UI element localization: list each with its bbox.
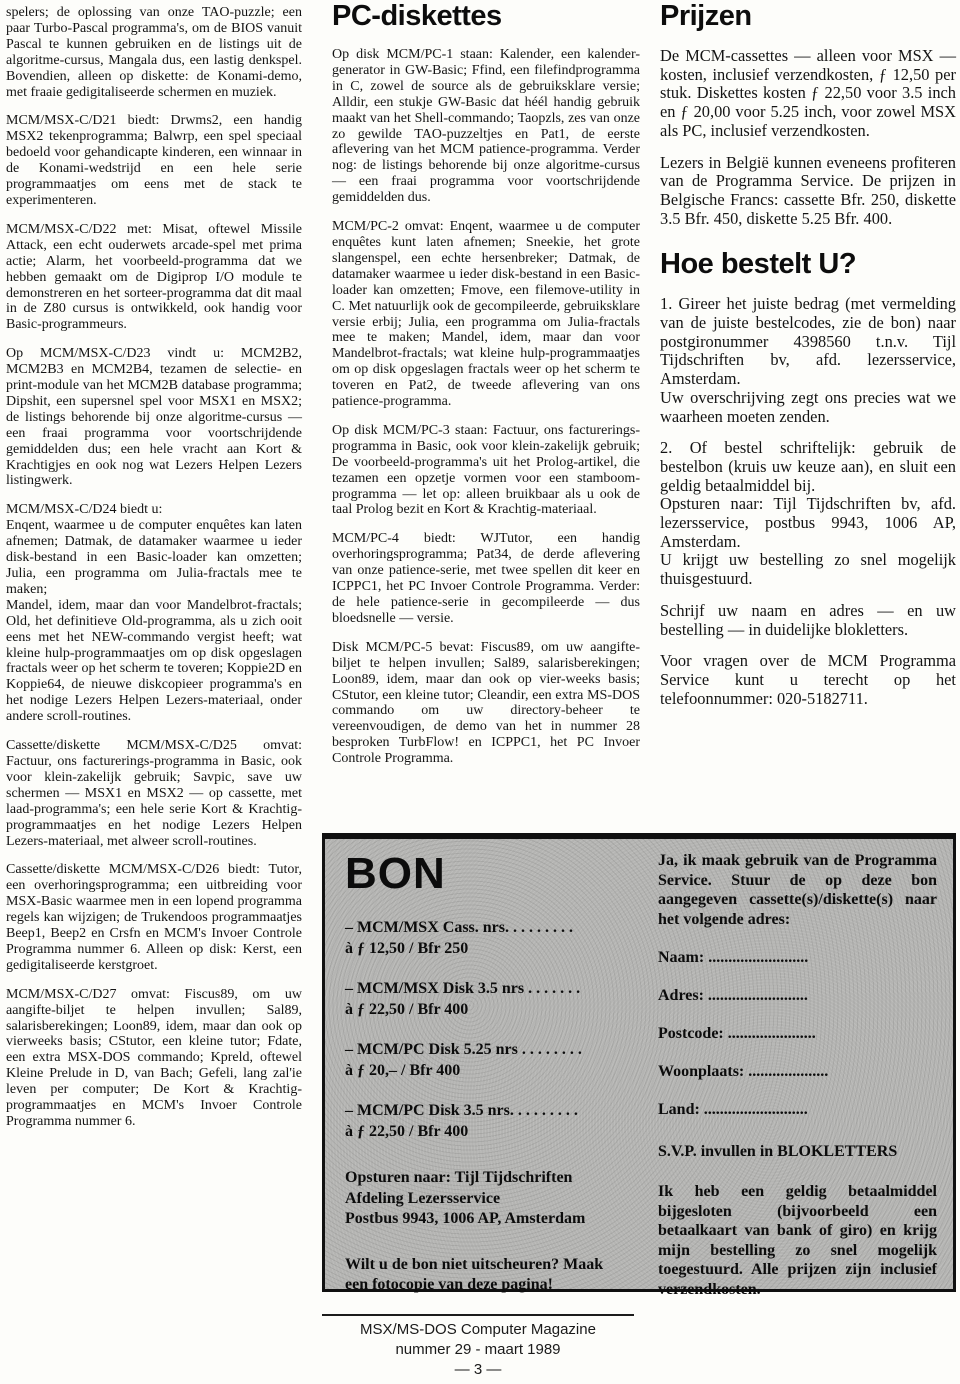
coupon-intro-text: Ja, ik maak gebruik van de Programma Ser… <box>658 851 937 929</box>
coupon-order-item-msx-cassette: – MCM/MSX Cass. nrs. . . . . . . . . à ƒ… <box>345 918 630 958</box>
field-label: Woonplaats: <box>658 1063 744 1080</box>
field-dots: .................... <box>748 1063 828 1080</box>
paragraph: Schrijf uw naam en adres — en uw bestell… <box>660 602 956 639</box>
order-item-price: à ƒ 12,50 / Bfr 250 <box>345 939 630 958</box>
order-item-label: – MCM/MSX Disk 3.5 nrs <box>345 980 524 997</box>
order-item-price: à ƒ 22,50 / Bfr 400 <box>345 1122 630 1141</box>
address-field: Adres: ......................... <box>658 986 937 1005</box>
name-field: Naam: ......................... <box>658 948 937 967</box>
paragraph: MCM/PC-4 biedt: WJTutor, een handig over… <box>332 531 640 626</box>
address-line: Afdeling Lezersservice <box>345 1189 630 1210</box>
issue-line: nummer 29 - maart 1989 <box>322 1340 634 1360</box>
paragraph: 2. Of bestel schriftelijk: gebruik de be… <box>660 439 956 495</box>
block-letters-instruction: S.V.P. invullen in BLOKLETTERS <box>658 1142 937 1161</box>
right-column: Prijzen De MCM-cassettes — alleen voor M… <box>660 0 956 708</box>
magazine-title: MSX/MS-DOS Computer Magazine <box>322 1320 634 1340</box>
paragraph: Op MCM/MSX-C/D23 vindt u: MCM2B2, MCM2B3… <box>6 346 302 489</box>
field-label: Naam: <box>658 949 704 966</box>
field-dots: ......................... <box>708 949 808 966</box>
order-item-dots: . . . . . . . . <box>518 1102 578 1119</box>
coupon-order-section: BON – MCM/MSX Cass. nrs. . . . . . . . .… <box>345 851 630 1279</box>
payment-declaration: Ik heb een geldig betaalmiddel bijgeslot… <box>658 1182 937 1299</box>
paragraph: MCM/MSX-C/D27 omvat: Fiscus89, om uw aan… <box>6 987 302 1130</box>
field-dots: .......................... <box>704 1101 808 1118</box>
field-dots: ...................... <box>728 1025 816 1042</box>
coupon-photocopy-note: Wilt u de bon niet uitscheuren? Maak een… <box>345 1255 630 1296</box>
field-label: Postcode: <box>658 1025 724 1042</box>
paragraph: Op disk MCM/PC-1 staan: Kalender, een ka… <box>332 47 640 206</box>
field-dots: ......................... <box>708 987 808 1004</box>
country-field: Land: .......................... <box>658 1100 937 1119</box>
coupon-address-form: Ja, ik maak gebruik van de Programma Ser… <box>658 851 937 1279</box>
pc-diskettes-heading: PC-diskettes <box>332 0 640 32</box>
field-label: Land: <box>658 1101 700 1118</box>
paragraph: MCM/MSX-C/D21 biedt: Drwms2, een handig … <box>6 113 302 208</box>
paragraph: MCM/MSX-C/D22 met: Misat, oftewel Missil… <box>6 222 302 333</box>
coupon-order-item-pc-disk525: – MCM/PC Disk 5.25 nrs . . . . . . . . à… <box>345 1040 630 1080</box>
paragraph: Opsturen naar: Tijl Tijdschriften bv, af… <box>660 495 956 551</box>
middle-column: PC-diskettes Op disk MCM/PC-1 staan: Kal… <box>332 0 640 767</box>
address-line: Opsturen naar: Tijl Tijdschriften <box>345 1168 630 1189</box>
prijzen-heading: Prijzen <box>660 0 956 32</box>
postcode-field: Postcode: ...................... <box>658 1024 937 1043</box>
order-item-label: – MCM/PC Disk 5.25 nrs <box>345 1041 518 1058</box>
footer-rule <box>322 1314 634 1316</box>
order-coupon: BON – MCM/MSX Cass. nrs. . . . . . . . .… <box>322 833 956 1292</box>
paragraph: spelers; de oplossing van onze TAO-puzzl… <box>6 5 302 100</box>
order-item-label: – MCM/MSX Cass. nrs. <box>345 919 509 936</box>
paragraph: 1. Gireer het juiste bedrag (met vermeld… <box>660 295 956 389</box>
field-label: Adres: <box>658 987 704 1004</box>
left-column: spelers; de oplossing van onze TAO-puzzl… <box>6 5 302 1130</box>
paragraph: Enqent, waarmee u de computer enquêtes k… <box>6 518 302 598</box>
order-item-dots: . . . . . . . . <box>522 1041 582 1058</box>
page-footer: MSX/MS-DOS Computer Magazine nummer 29 -… <box>322 1314 634 1380</box>
paragraph: Mandel, idem, maar dan voor Mandelbrot-f… <box>6 598 302 725</box>
paragraph: Voor vragen over de MCM Programma Servic… <box>660 652 956 708</box>
order-item-label: – MCM/PC Disk 3.5 nrs. <box>345 1102 514 1119</box>
coupon-order-item-msx-disk35: – MCM/MSX Disk 3.5 nrs . . . . . . . à ƒ… <box>345 979 630 1019</box>
paragraph: Disk MCM/PC-5 bevat: Fiscus89, om uw aan… <box>332 640 640 767</box>
city-field: Woonplaats: .................... <box>658 1062 937 1081</box>
address-line: Postbus 9943, 1006 AP, Amsterdam <box>345 1209 630 1230</box>
paragraph: U krijgt uw bestelling zo snel mogelijk … <box>660 551 956 588</box>
order-item-price: à ƒ 20,– / Bfr 400 <box>345 1061 630 1080</box>
paragraph: Op disk MCM/PC-3 staan: Factuur, ons fac… <box>332 423 640 518</box>
paragraph: MCM/PC-2 omvat: Enqent, waarmee u de com… <box>332 219 640 410</box>
order-item-dots: . . . . . . . . <box>513 919 573 936</box>
coupon-title: BON <box>345 851 630 897</box>
paragraph: Cassette/diskette MCM/MSX-C/D25 omvat: F… <box>6 738 302 849</box>
paragraph: De MCM-cassettes — alleen voor MSX — kos… <box>660 47 956 141</box>
paragraph: Cassette/diskette MCM/MSX-C/D26 biedt: T… <box>6 862 302 973</box>
coupon-order-item-pc-disk35: – MCM/PC Disk 3.5 nrs. . . . . . . . . à… <box>345 1101 630 1141</box>
order-item-price: à ƒ 22,50 / Bfr 400 <box>345 1000 630 1019</box>
order-item-dots: . . . . . . . <box>528 980 580 997</box>
paragraph: MCM/MSX-C/D24 biedt u: <box>6 502 302 518</box>
paragraph: Uw overschrijving zegt ons precies wat w… <box>660 389 956 426</box>
coupon-mailing-address: Opsturen naar: Tijl Tijdschriften Afdeli… <box>345 1168 630 1230</box>
paragraph: Lezers in België kunnen eveneens profite… <box>660 154 956 229</box>
page-number: — 3 — <box>322 1360 634 1380</box>
hoe-bestelt-u-heading: Hoe bestelt U? <box>660 248 956 280</box>
magazine-page: spelers; de oplossing van onze TAO-puzzl… <box>0 0 960 1384</box>
